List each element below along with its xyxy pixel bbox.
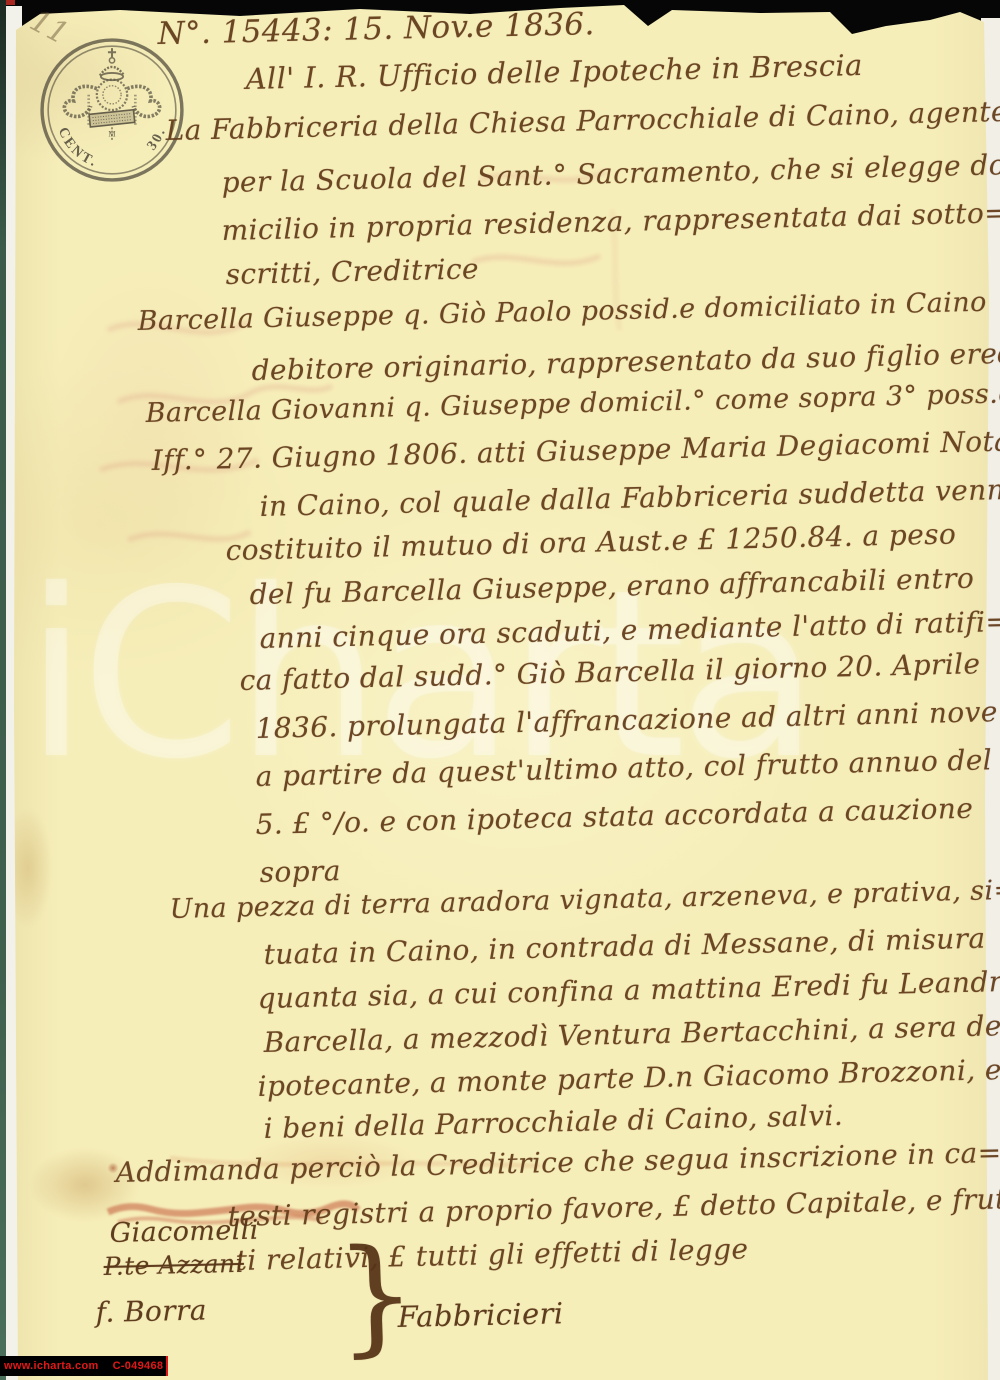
scan-edge-red-speck <box>6 0 15 5</box>
archive-label-bar: www.icharta.com C-049468 <box>0 1356 168 1376</box>
signature-giacomelli: Giacomelli <box>109 1215 259 1249</box>
signature-title-fabbricieri: Fabbricieri <box>397 1296 564 1334</box>
signature-azzani-struck: P.te Azzani <box>103 1249 244 1281</box>
scanned-document-page: iCharta 11 <box>0 0 1000 1380</box>
stamp-crown-icon <box>100 48 124 80</box>
manuscript-line: sopra <box>259 854 341 889</box>
stamp-banner <box>89 110 135 127</box>
archive-code-label: C-049468 <box>113 1360 164 1372</box>
austrian-revenue-stamp: M CENT. 30. <box>36 34 188 186</box>
stamp-monogram: M <box>108 129 115 138</box>
signature-brace: } <box>334 1237 418 1353</box>
scan-edge-green-strip <box>0 0 6 1380</box>
manuscript-line: scritti, Creditrice <box>225 252 479 291</box>
signature-borra: f. Borra <box>95 1293 207 1329</box>
archive-site-label: www.icharta.com <box>4 1360 99 1372</box>
